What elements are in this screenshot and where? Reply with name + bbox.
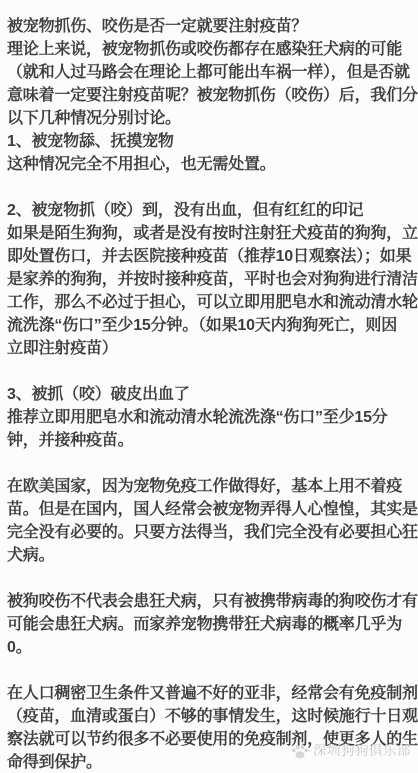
text-line: 以下几种情况分别讨论。 <box>7 107 411 130</box>
text-paragraph-title: 被宠物抓伤、咬伤是否一定就要注射疫苗？ <box>7 15 411 38</box>
text-line: 这种情况完全不用担心，也无需处置。 <box>7 153 411 176</box>
text-line: （就和人过马路会在理论上都可能出车祸一样），但是否就 <box>7 61 411 84</box>
text-paragraph-case-2: 2、被宠物抓（咬）到，没有出血，但有红红的印记如果是陌生狗狗，或者是没有按时注射… <box>7 199 411 360</box>
text-line: 在人口稠密卫生条件又普遍不好的亚非，经常会有免疫制剂 <box>7 682 411 705</box>
text-line: 完全没有必要的。只要方法得当，我们完全没有必要担心狂 <box>7 521 411 544</box>
text-line: 犬病。 <box>7 544 411 567</box>
text-line: 可能会患狂犬病。而家养宠物携带狂犬病毒的概率几乎为 <box>7 613 411 636</box>
text-line: 理论上来说，被宠物抓伤或咬伤都存在感染狂犬病的可能 <box>7 38 411 61</box>
text-line: 在欧美国家，因为宠物免疫工作做得好，基本上用不着疫 <box>7 475 411 498</box>
article-page: 被宠物抓伤、咬伤是否一定就要注射疫苗？理论上来说，被宠物抓伤或咬伤都存在感染狂犬… <box>0 0 418 773</box>
text-paragraph-asia-africa: 在人口稠密卫生条件又普遍不好的亚非，经常会有免疫制剂（疫苗，血清或蛋白）不够的事… <box>7 682 411 773</box>
article-body: 被宠物抓伤、咬伤是否一定就要注射疫苗？理论上来说，被宠物抓伤或咬伤都存在感染狂犬… <box>0 0 418 773</box>
text-paragraph-case-1: 1、被宠物舔、抚摸宠物这种情况完全不用担心，也无需处置。 <box>7 130 411 176</box>
text-paragraph-bite-probability: 被狗咬伤不代表会患狂犬病，只有被携带病毒的狗咬伤才有可能会患狂犬病。而家养宠物携… <box>7 590 411 659</box>
text-line: 苗。但是在国内，国人经常会被宠物弄得人心惶惶，其实是 <box>7 498 411 521</box>
text-line: 1、被宠物舔、抚摸宠物 <box>7 130 411 153</box>
text-line: 流洗涤“伤口”至少15分钟。（如果10天内狗狗死亡，则因 <box>7 314 411 337</box>
text-line: 如果是陌生狗狗，或者是没有按时注射狂犬疫苗的狗狗，立 <box>7 222 411 245</box>
watermark-text: 深圳狗狗俱乐部 <box>313 743 411 759</box>
text-line: 3、被抓（咬）破皮出血了 <box>7 383 411 406</box>
text-line: 被狗咬伤不代表会患狂犬病，只有被携带病毒的狗咬伤才有 <box>7 590 411 613</box>
text-line: 即处置伤口，并去医院接种疫苗（推荐10日观察法）；如果 <box>7 245 411 268</box>
watermark: 深圳狗狗俱乐部 <box>291 743 411 759</box>
text-line: 0。 <box>7 636 411 659</box>
text-line: 钟，并接种疫苗。 <box>7 429 411 452</box>
text-line: 意味着一定要注射疫苗呢？被宠物抓伤（咬伤）后，我们分 <box>7 84 411 107</box>
text-line: （疫苗，血清或蛋白）不够的事情发生，这时候施行十日观 <box>7 705 411 728</box>
text-line: 推荐立即用肥皂水和流动清水轮流洗涤“伤口”至少15分 <box>7 406 411 429</box>
paw-icon <box>291 744 309 759</box>
text-line: 被宠物抓伤、咬伤是否一定就要注射疫苗？ <box>7 15 411 38</box>
text-paragraph-case-3: 3、被抓（咬）破皮出血了推荐立即用肥皂水和流动清水轮流洗涤“伤口”至少15分钟，… <box>7 383 411 452</box>
text-line: 工作，那么不必过于担心，可以立即用肥皂水和流动清水轮 <box>7 291 411 314</box>
text-line: 2、被宠物抓（咬）到，没有出血，但有红红的印记 <box>7 199 411 222</box>
text-line: 是家养的狗狗，并按时接种疫苗，平时也会对狗狗进行清洁 <box>7 268 411 291</box>
text-paragraph-western-countries: 在欧美国家，因为宠物免疫工作做得好，基本上用不着疫苗。但是在国内，国人经常会被宠… <box>7 475 411 567</box>
text-line: 立即注射疫苗） <box>7 337 411 360</box>
text-paragraph-intro: 理论上来说，被宠物抓伤或咬伤都存在感染狂犬病的可能（就和人过马路会在理论上都可能… <box>7 38 411 130</box>
